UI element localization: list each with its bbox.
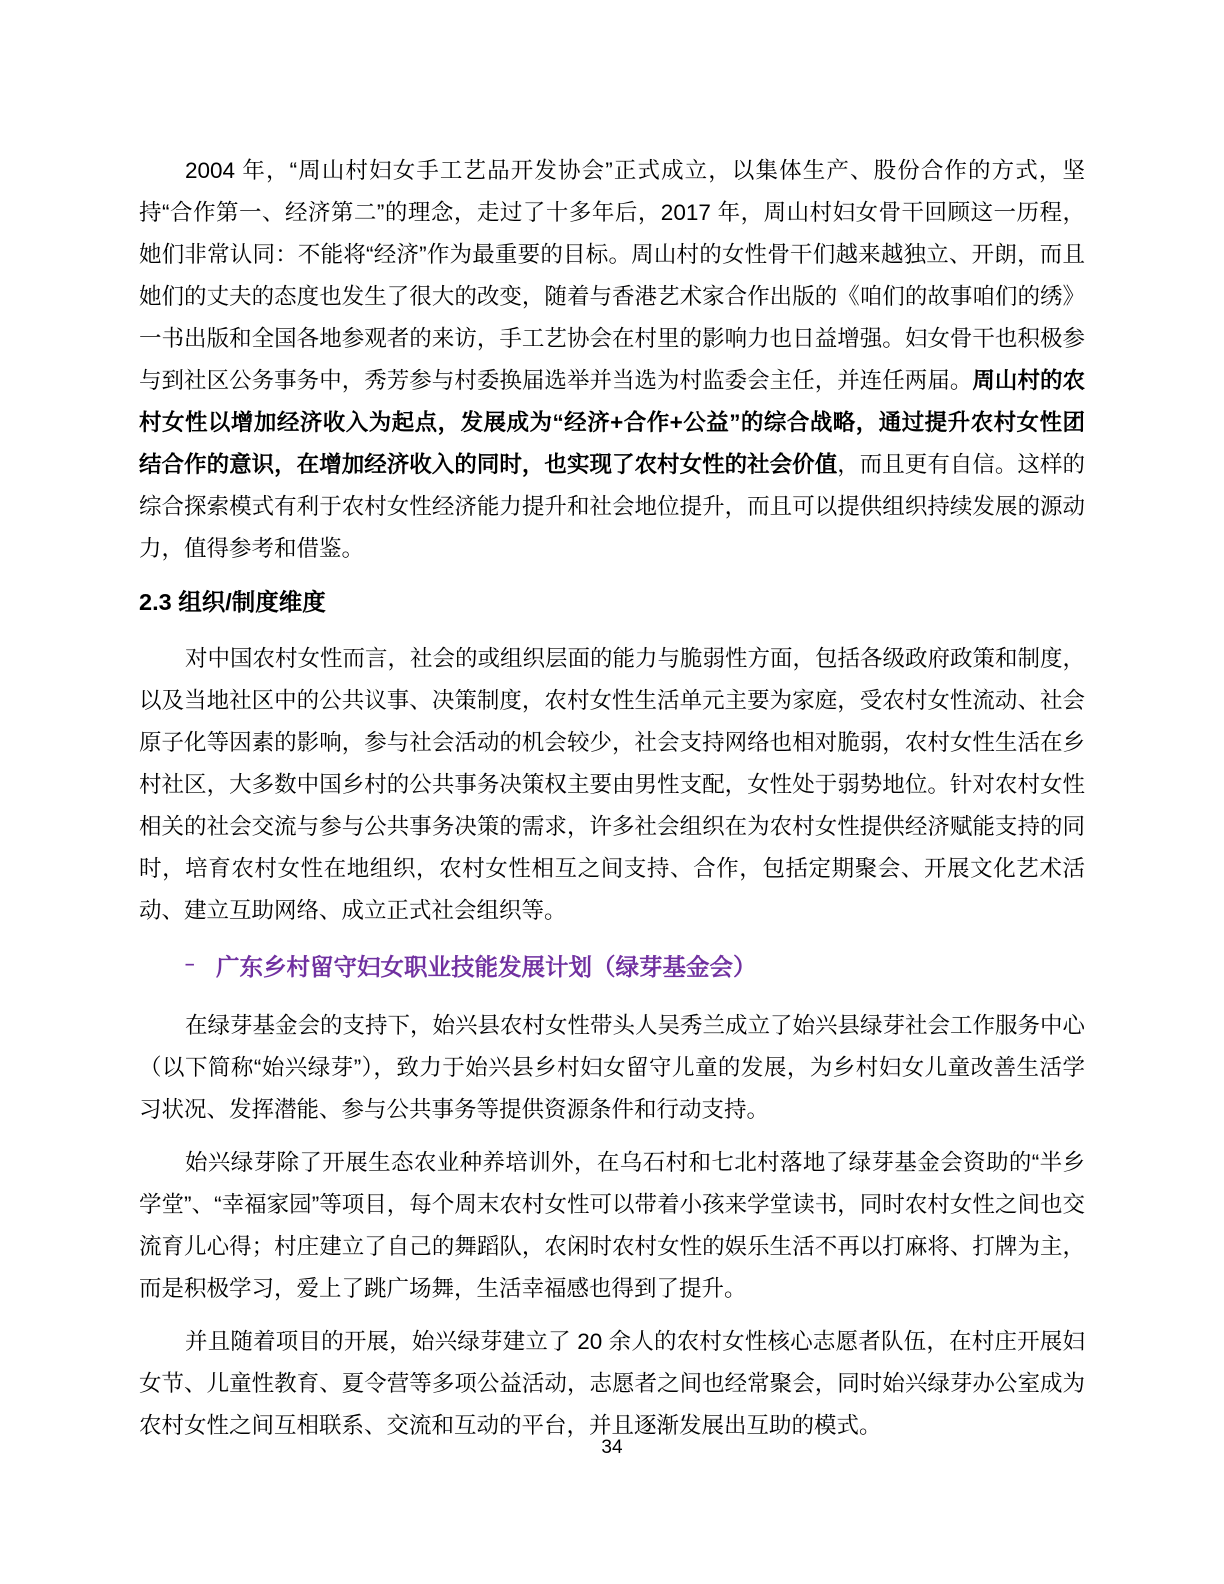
paragraph-shixing-projects: 始兴绿芽除了开展生态农业种养培训外，在乌石村和七北村落地了绿芽基金会资助的“半乡… <box>139 1142 1085 1310</box>
paragraph-volunteer-network: 并且随着项目的开展，始兴绿芽建立了 20 余人的农村女性核心志愿者队伍，在村庄开… <box>139 1321 1085 1447</box>
paragraph-lvya-support: 在绿芽基金会的支持下，始兴县农村女性带头人吴秀兰成立了始兴县绿芽社会工作服务中心… <box>139 1005 1085 1131</box>
document-content: 2004 年，“周山村妇女手工艺品开发协会”正式成立，以集体生产、股份合作的方式… <box>139 150 1085 1458</box>
dash-bullet-icon: – <box>185 943 216 985</box>
paragraph-organization-context: 对中国农村女性而言，社会的或组织层面的能力与脆弱性方面，包括各级政府政策和制度，… <box>139 638 1085 932</box>
section-heading-organization-dimension: 2.3 组织/制度维度 <box>139 581 1085 623</box>
program-heading-guangdong-lvya: –广东乡村留守妇女职业技能发展计划（绿芽基金会） <box>139 943 1085 988</box>
paragraph-zhoushan-summary: 2004 年，“周山村妇女手工艺品开发协会”正式成立，以集体生产、股份合作的方式… <box>139 150 1085 570</box>
document-page: 2004 年，“周山村妇女手工艺品开发协会”正式成立，以集体生产、股份合作的方式… <box>0 0 1224 1584</box>
page-number: 34 <box>0 1437 1224 1459</box>
paragraph-text: 2004 年，“周山村妇女手工艺品开发协会”正式成立，以集体生产、股份合作的方式… <box>139 158 1085 393</box>
program-heading-text: 广东乡村留守妇女职业技能发展计划（绿芽基金会） <box>216 954 757 980</box>
